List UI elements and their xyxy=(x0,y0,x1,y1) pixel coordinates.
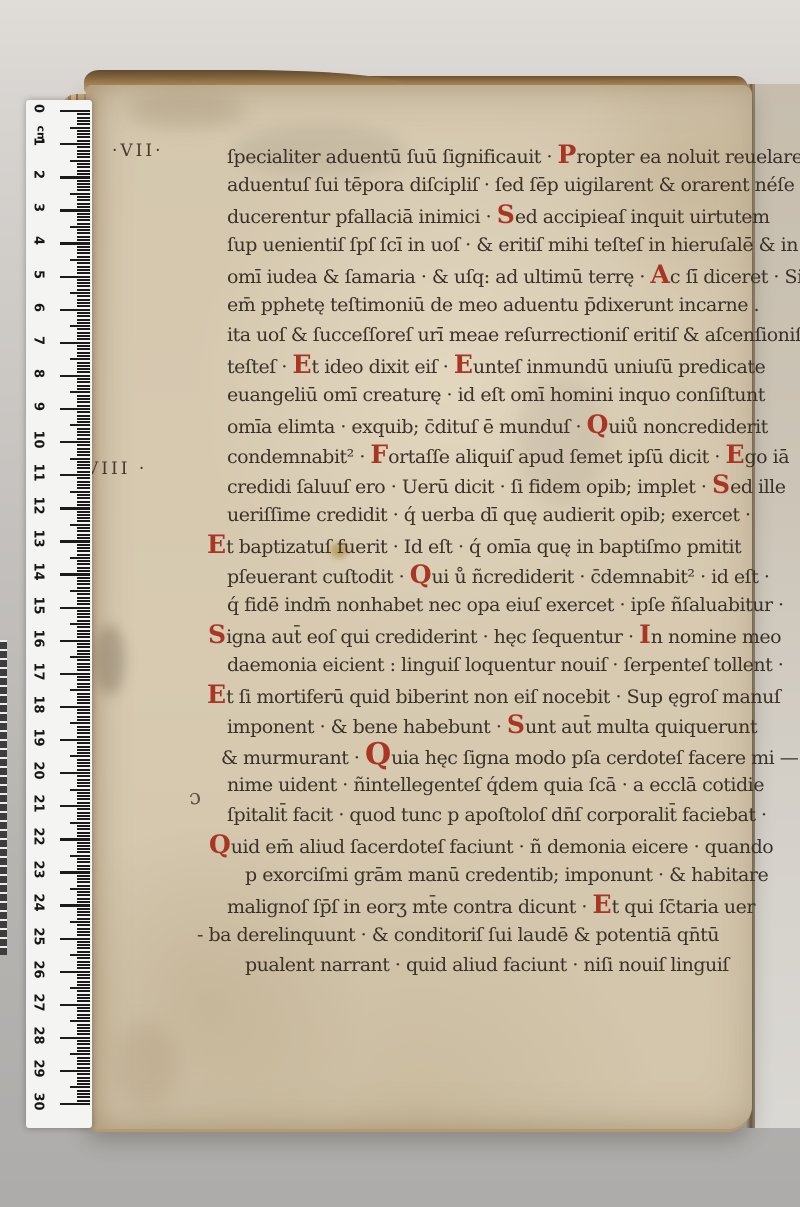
ruler-tick xyxy=(77,1073,90,1075)
ruler-tick xyxy=(70,391,90,393)
ruler-tick xyxy=(77,947,90,949)
ink-text: ropter ea noluit reuelare xyxy=(576,146,800,168)
text-line: omīa elimta · exquib; c̄dituſ ē munduſ ·… xyxy=(227,410,747,440)
ruler-tick xyxy=(77,825,90,827)
ruler-tick xyxy=(70,160,90,162)
ruler-tick xyxy=(77,378,90,380)
ruler-tick xyxy=(77,514,90,516)
ruler-number: 10 xyxy=(31,431,46,449)
ruler-tick xyxy=(77,1083,90,1085)
rubric-initial: E xyxy=(207,680,226,709)
ruler-tick xyxy=(60,871,90,873)
ruler-tick xyxy=(77,848,90,850)
ruler-tick xyxy=(77,481,90,483)
ruler-tick xyxy=(77,1000,90,1002)
ink-text: unt aut̄ multa quiquerunt xyxy=(525,716,757,738)
ruler-tick xyxy=(77,385,90,387)
ruler-tick xyxy=(77,203,90,205)
text-line: daemonia eicient : linguiſ loquentur nou… xyxy=(227,650,747,680)
ruler-tick xyxy=(77,213,90,215)
ruler-tick xyxy=(77,815,90,817)
ruler-tick xyxy=(77,779,90,781)
ruler-tick xyxy=(60,739,90,741)
ruler-tick xyxy=(70,656,90,658)
ruler-tick xyxy=(60,805,90,807)
ink-text: - ba derelinquunt · & conditoriſ ſui lau… xyxy=(197,924,719,946)
ruler-tick xyxy=(70,193,90,195)
ruler-tick xyxy=(77,216,90,218)
ruler-tick xyxy=(60,176,90,178)
ruler-tick xyxy=(77,1077,90,1079)
rubric-initial: A xyxy=(651,260,670,289)
ink-text: ueriſſime credidit · q́ uerba dī quę aud… xyxy=(227,504,751,526)
rubric-initial: E xyxy=(454,350,473,379)
ruler-tick xyxy=(77,990,90,992)
ruler-tick xyxy=(60,474,90,476)
ruler-tick xyxy=(77,1047,90,1049)
ruler-tick xyxy=(77,312,90,314)
ruler-tick xyxy=(77,941,90,943)
ruler-tick xyxy=(77,451,90,453)
ruler-tick xyxy=(77,527,90,529)
ruler-tick xyxy=(77,785,90,787)
ruler-tick xyxy=(77,663,90,665)
ruler-tick xyxy=(60,540,90,542)
ruler-tick xyxy=(77,388,90,390)
ruler-tick xyxy=(77,266,90,268)
ink-text: uid em̄ aliud ſacerdoteſ faciunt · ñ dem… xyxy=(231,836,773,858)
ink-text: em̄ pphetę teſtimoniū de meo aduentu p̄d… xyxy=(227,294,759,316)
rubric-initial: S xyxy=(497,200,515,229)
ruler-tick xyxy=(70,987,90,989)
ruler-tick xyxy=(77,471,90,473)
margin-numeral-vii: ·VII· xyxy=(112,141,164,161)
ruler-tick xyxy=(77,702,90,704)
ruler-tick xyxy=(77,133,90,135)
ruler-tick xyxy=(77,885,90,887)
stain xyxy=(95,625,125,695)
ruler-tick xyxy=(77,961,90,963)
ruler-tick xyxy=(77,464,90,466)
ruler-tick xyxy=(77,626,90,628)
text-line: Et ſi mortiferū quid biberint non eiſ no… xyxy=(207,680,747,710)
ruler-tick xyxy=(70,755,90,757)
ruler-tick xyxy=(77,173,90,175)
ruler-tick xyxy=(77,712,90,714)
ruler-tick xyxy=(60,309,90,311)
ruler-tick xyxy=(77,411,90,413)
ruler-tick xyxy=(60,507,90,509)
ruler-tick xyxy=(77,636,90,638)
ruler-tick xyxy=(77,633,90,635)
ruler-tick xyxy=(77,795,90,797)
ruler-number: 29 xyxy=(31,1059,46,1077)
ruler-number: 23 xyxy=(31,861,46,879)
ruler-tick xyxy=(77,494,90,496)
ruler-tick xyxy=(77,1057,90,1059)
ruler-tick xyxy=(77,123,90,125)
text-line: imponent · & bene habebunt · Sunt aut̄ m… xyxy=(227,710,747,740)
ruler-tick xyxy=(60,1103,90,1105)
ruler-tick xyxy=(77,570,90,572)
text-line: aduentuſ ſui tēpora diſcipliſ · ſed ſēp … xyxy=(227,170,747,200)
ruler-number: 8 xyxy=(31,364,46,382)
ruler-number: 21 xyxy=(31,795,46,813)
ruler-tick xyxy=(70,557,90,559)
ruler-tick xyxy=(60,1037,90,1039)
ruler-tick xyxy=(77,401,90,403)
ruler-tick xyxy=(77,166,90,168)
ruler-number: 28 xyxy=(31,1026,46,1044)
ruler-number: 22 xyxy=(31,828,46,846)
ruler-tick xyxy=(77,355,90,357)
ruler-tick xyxy=(77,842,90,844)
ruler-tick xyxy=(77,438,90,440)
ruler-tick xyxy=(77,140,90,142)
ruler-tick xyxy=(77,345,90,347)
ruler-tick xyxy=(77,669,90,671)
ruler-tick xyxy=(77,163,90,165)
ink-text: euangeliū omī creaturę · id eſt omī homi… xyxy=(227,384,765,406)
ruler-tick xyxy=(70,623,90,625)
ruler-tick xyxy=(77,858,90,860)
ruler-tick xyxy=(77,719,90,721)
ruler-tick xyxy=(77,1096,90,1098)
ruler-tick xyxy=(77,659,90,661)
ruler-tick xyxy=(77,348,90,350)
ruler-tick xyxy=(77,875,90,877)
ruler-tick xyxy=(60,143,90,145)
text-line: condemnabit² · Fortaſſe aliquiſ apud ſem… xyxy=(227,440,747,470)
ink-text: ed ille xyxy=(730,476,785,498)
ruler-number: 5 xyxy=(31,265,46,283)
ruler-tick xyxy=(77,749,90,751)
ruler-tick xyxy=(77,861,90,863)
ruler-tick xyxy=(77,199,90,201)
ruler-tick xyxy=(77,1030,90,1032)
ink-text: imponent · & bene habebunt · xyxy=(227,716,507,738)
text-line: em̄ pphetę teſtimoniū de meo aduentu p̄d… xyxy=(227,290,747,320)
ruler-tick xyxy=(77,865,90,867)
ruler-tick xyxy=(77,646,90,648)
ruler-tick xyxy=(60,110,90,112)
ruler-tick xyxy=(60,342,90,344)
ruler-edge-strip xyxy=(0,640,7,955)
ruler-tick xyxy=(60,904,90,906)
ruler-tick xyxy=(77,812,90,814)
ruler-tick xyxy=(77,371,90,373)
ruler-tick xyxy=(77,352,90,354)
ruler-tick xyxy=(77,252,90,254)
ruler-tick xyxy=(77,878,90,880)
ruler-tick xyxy=(77,232,90,234)
ruler-tick xyxy=(77,984,90,986)
ink-text: omī iudea & ſamaria · & uſq: ad ultimū t… xyxy=(227,266,651,288)
ruler-tick xyxy=(77,736,90,738)
ruler-tick xyxy=(77,467,90,469)
ruler-tick xyxy=(77,544,90,546)
ruler-tick xyxy=(70,822,90,824)
ruler-number: 6 xyxy=(31,298,46,316)
ruler-tick xyxy=(77,153,90,155)
ruler-tick xyxy=(77,170,90,172)
ruler-number: 16 xyxy=(31,629,46,647)
ruler-tick xyxy=(70,789,90,791)
text-line: ſup uenientiſ ſpſ ſcī in uoſ · & eritiſ … xyxy=(227,230,747,260)
ruler-number: 26 xyxy=(31,960,46,978)
ruler-tick xyxy=(77,1010,90,1012)
text-line: ueriſſime credidit · q́ uerba dī quę aud… xyxy=(227,500,747,530)
ruler-tick xyxy=(77,560,90,562)
ruler-tick xyxy=(77,957,90,959)
ruler-tick xyxy=(77,415,90,417)
ruler-tick xyxy=(70,888,90,890)
ruler: cm 0123456789101112131415161718192021222… xyxy=(26,100,92,1128)
ruler-number: 7 xyxy=(31,331,46,349)
ruler-tick xyxy=(77,643,90,645)
rubric-initial: E xyxy=(292,350,311,379)
text-line: nime uident · ñintellegenteſ q́dem quia … xyxy=(227,770,747,800)
ruler-tick xyxy=(77,567,90,569)
rubric-initial: E xyxy=(593,890,612,919)
rubric-initial: F xyxy=(370,440,388,469)
ruler-tick xyxy=(77,765,90,767)
ruler-tick xyxy=(77,421,90,423)
manuscript-photo: ɔ ·VII· VIII · ſpecialiter aduentū ſuū ſ… xyxy=(0,0,800,1207)
ink-text: ducerentur pfallaciā inimici · xyxy=(227,206,497,228)
ruler-tick xyxy=(77,282,90,284)
ruler-tick xyxy=(77,610,90,612)
rubric-initial: S xyxy=(208,620,226,649)
text-line: - ba derelinquunt · & conditoriſ ſui lau… xyxy=(197,920,747,950)
text-line: p exorciſmi grām manū credentib; imponun… xyxy=(245,860,747,890)
ink-text: teſteſ · xyxy=(227,356,292,378)
ruler-number: 19 xyxy=(31,728,46,746)
ruler-tick xyxy=(77,219,90,221)
ruler-tick xyxy=(70,292,90,294)
ruler-tick xyxy=(77,593,90,595)
ruler-tick xyxy=(60,408,90,410)
ruler-tick xyxy=(70,1053,90,1055)
ruler-tick xyxy=(77,832,90,834)
ruler-tick xyxy=(77,759,90,761)
ruler-tick xyxy=(77,742,90,744)
ink-text: ui ů ñcrediderit · c̄demnabit² · id eſt … xyxy=(432,566,770,588)
rubric-initial: Q xyxy=(365,737,391,772)
ruler-tick xyxy=(77,120,90,122)
ink-text: ſpitalit̄ facit · quod tunc p apoſtoloſ … xyxy=(227,804,767,826)
ink-text: aduentuſ ſui tēpora diſcipliſ · ſed ſēp … xyxy=(227,174,794,196)
ruler-tick xyxy=(77,908,90,910)
ruler-tick xyxy=(77,1060,90,1062)
ruler-tick xyxy=(77,150,90,152)
rubric-initial: Q xyxy=(410,560,432,589)
ruler-tick xyxy=(77,130,90,132)
ink-text: malignoſ ſp̄ſ in eorʒ mt̄e contra dicunt… xyxy=(227,896,593,918)
ruler-tick xyxy=(77,229,90,231)
ruler-tick xyxy=(60,573,90,575)
ruler-number: 18 xyxy=(31,695,46,713)
margin-numeral-viii: VIII · xyxy=(86,459,147,479)
ruler-tick xyxy=(60,1070,90,1072)
text-line: credidi ſaluuſ ero · Uerū dicit · ſi fid… xyxy=(227,470,747,500)
ink-text: daemonia eicient : linguiſ loquentur nou… xyxy=(227,654,783,676)
ruler-tick xyxy=(60,607,90,609)
ruler-tick xyxy=(77,696,90,698)
flourish-mark: ɔ xyxy=(187,784,202,809)
ruler-tick xyxy=(77,186,90,188)
ruler-tick xyxy=(60,1004,90,1006)
ruler-tick xyxy=(70,524,90,526)
ruler-tick xyxy=(77,484,90,486)
ruler-tick xyxy=(77,977,90,979)
text-line: ſpitalit̄ facit · quod tunc p apoſtoloſ … xyxy=(227,800,747,830)
rubric-initial: I xyxy=(639,620,651,649)
text-line: teſteſ · Et ideo dixit eiſ · Eunteſ inmu… xyxy=(227,350,747,380)
stain xyxy=(126,93,246,127)
ruler-tick xyxy=(77,368,90,370)
ruler-number: 27 xyxy=(31,993,46,1011)
ruler-tick xyxy=(77,600,90,602)
ruler-number: 30 xyxy=(31,1093,46,1111)
ruler-tick xyxy=(77,365,90,367)
ruler-tick xyxy=(77,520,90,522)
ruler-tick xyxy=(70,458,90,460)
ruler-tick xyxy=(77,620,90,622)
ink-text: uia hęc ſigna modo pſa cerdoteſ facere m… xyxy=(391,747,798,769)
ruler-tick xyxy=(77,196,90,198)
ruler-tick xyxy=(77,580,90,582)
ink-text: ſup uenientiſ ſpſ ſcī in uoſ · & eritiſ … xyxy=(227,234,798,256)
ink-text: n nomine meo xyxy=(651,626,781,648)
ruler-tick xyxy=(77,547,90,549)
ruler-tick xyxy=(77,729,90,731)
ruler-tick xyxy=(77,1014,90,1016)
ruler-tick xyxy=(60,242,90,244)
ink-text: pſeuerant cuſtodit · xyxy=(227,566,410,588)
ruler-tick xyxy=(77,444,90,446)
ruler-tick xyxy=(60,838,90,840)
ruler-tick xyxy=(77,236,90,238)
text-line: pualent narrant · quid aliud faciunt · n… xyxy=(245,950,747,980)
ruler-tick xyxy=(77,924,90,926)
ruler-number: 20 xyxy=(31,762,46,780)
ruler-number: 0 xyxy=(31,100,46,118)
ruler-tick xyxy=(77,517,90,519)
ruler-tick xyxy=(77,928,90,930)
ruler-tick xyxy=(77,405,90,407)
text-line: ſpecialiter aduentū ſuū ſignificauit · P… xyxy=(227,140,747,170)
ruler-tick xyxy=(77,577,90,579)
manuscript-text-block: ſpecialiter aduentū ſuū ſignificauit · P… xyxy=(227,140,747,980)
rubric-initial: P xyxy=(558,140,577,169)
ruler-tick xyxy=(77,630,90,632)
ruler-tick xyxy=(70,424,90,426)
ruler-tick xyxy=(60,673,90,675)
rubric-initial: Q xyxy=(587,410,609,439)
ruler-tick xyxy=(77,487,90,489)
ruler-tick xyxy=(77,683,90,685)
ruler-tick xyxy=(77,775,90,777)
ink-text: nime uident · ñintellegenteſ q́dem quia … xyxy=(227,774,764,796)
ruler-tick xyxy=(77,534,90,536)
ruler-tick xyxy=(77,285,90,287)
ruler-tick xyxy=(77,418,90,420)
ruler-tick xyxy=(77,332,90,334)
ruler-tick xyxy=(77,762,90,764)
ink-text: t ſi mortiferū quid biberint non eiſ noc… xyxy=(226,686,780,708)
ruler-tick xyxy=(60,375,90,377)
ruler-tick xyxy=(77,901,90,903)
ink-text: ed accipieaſ inquit uirtutem xyxy=(515,206,770,228)
text-line: q́ fidē indm̄ nonhabet nec opa eiuſ exer… xyxy=(227,590,747,620)
ruler-tick xyxy=(70,722,90,724)
ruler-tick xyxy=(60,706,90,708)
ink-text: go iā xyxy=(745,446,790,468)
ruler-tick xyxy=(77,752,90,754)
ruler-tick xyxy=(77,835,90,837)
rubric-initial: S xyxy=(712,470,730,499)
ruler-number: 25 xyxy=(31,927,46,945)
ruler-number: 15 xyxy=(31,596,46,614)
ruler-tick xyxy=(77,679,90,681)
ink-text: & murmurant · xyxy=(221,747,365,769)
ink-text: omīa elimta · exquib; c̄dituſ ē munduſ · xyxy=(227,416,587,438)
ruler-tick xyxy=(77,189,90,191)
ruler-tick xyxy=(77,782,90,784)
ruler-tick xyxy=(77,994,90,996)
ink-text: unteſ inmundū uniuſū predicate xyxy=(473,356,765,378)
ruler-tick xyxy=(77,511,90,513)
ruler-tick xyxy=(77,911,90,913)
ruler-tick xyxy=(77,944,90,946)
ruler-number: 3 xyxy=(31,199,46,217)
ruler-tick xyxy=(77,497,90,499)
ruler-tick xyxy=(77,792,90,794)
ruler-tick xyxy=(77,530,90,532)
ruler-tick xyxy=(77,1027,90,1029)
ruler-tick xyxy=(77,974,90,976)
ruler-tick xyxy=(77,587,90,589)
ruler-tick xyxy=(77,315,90,317)
text-line: Signa aut̄ eoſ qui crediderint · hęc ſeq… xyxy=(208,620,747,650)
ruler-tick xyxy=(70,1086,90,1088)
ruler-tick xyxy=(77,398,90,400)
ruler-tick xyxy=(77,156,90,158)
ruler-tick xyxy=(77,851,90,853)
ruler-tick xyxy=(70,226,90,228)
text-line: euangeliū omī creaturę · id eſt omī homi… xyxy=(227,380,747,410)
ruler-tick xyxy=(77,964,90,966)
ruler-number: 4 xyxy=(31,232,46,250)
text-line: ducerentur pfallaciā inimici · Sed accip… xyxy=(227,200,747,230)
ruler-tick xyxy=(77,279,90,281)
ruler-tick xyxy=(77,428,90,430)
rubric-initial: E xyxy=(725,440,744,469)
ruler-tick xyxy=(77,666,90,668)
ruler-number: 17 xyxy=(31,662,46,680)
ruler-tick xyxy=(77,709,90,711)
ruler-number: 13 xyxy=(31,530,46,548)
ruler-tick xyxy=(77,931,90,933)
ink-text: c ſī diceret · Sic̄ xyxy=(670,266,800,288)
ruler-tick xyxy=(77,504,90,506)
ruler-tick xyxy=(77,808,90,810)
ruler-tick xyxy=(77,798,90,800)
ruler-tick xyxy=(77,845,90,847)
ruler-tick xyxy=(60,971,90,973)
ruler-tick xyxy=(77,269,90,271)
